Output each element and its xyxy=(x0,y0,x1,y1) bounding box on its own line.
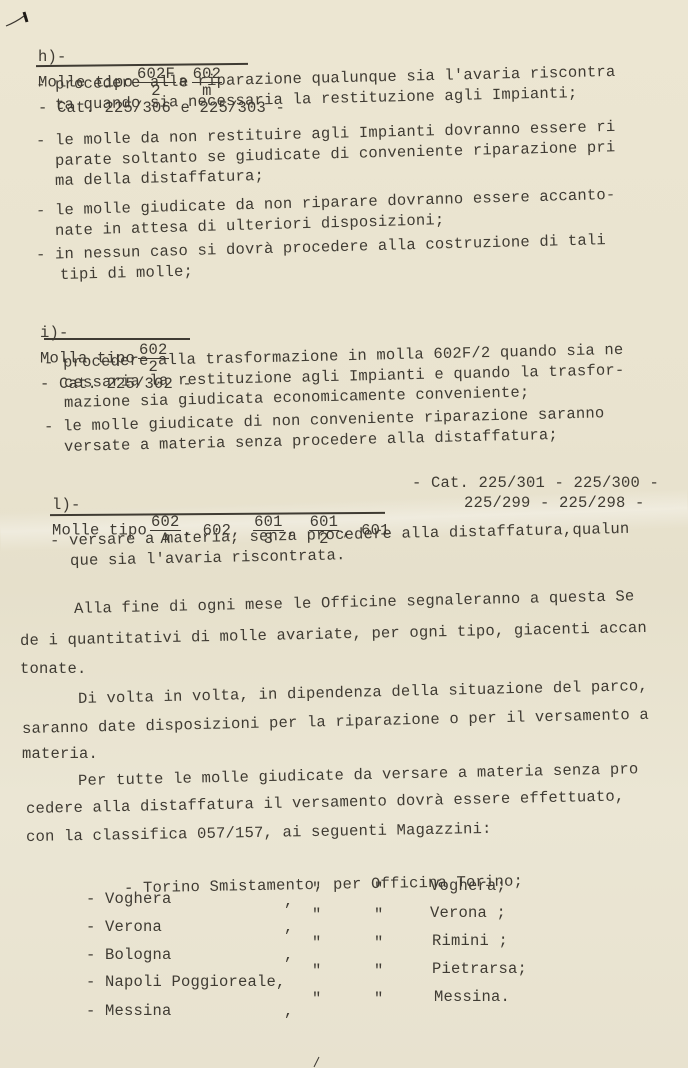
catalog-ref: - Cat. 225/301 - 225/300 - xyxy=(412,474,659,492)
section-label: l)- xyxy=(52,496,81,514)
list-item-cont: tipi di molle; xyxy=(60,263,193,284)
section-label: h)- xyxy=(38,48,67,66)
pen-mark xyxy=(312,1056,322,1068)
list-item-cont: ma della distaffatura; xyxy=(55,167,264,190)
catalog-ref: 225/299 - 225/298 - xyxy=(464,494,645,512)
heading-underline xyxy=(44,338,190,340)
pen-mark xyxy=(2,8,32,30)
